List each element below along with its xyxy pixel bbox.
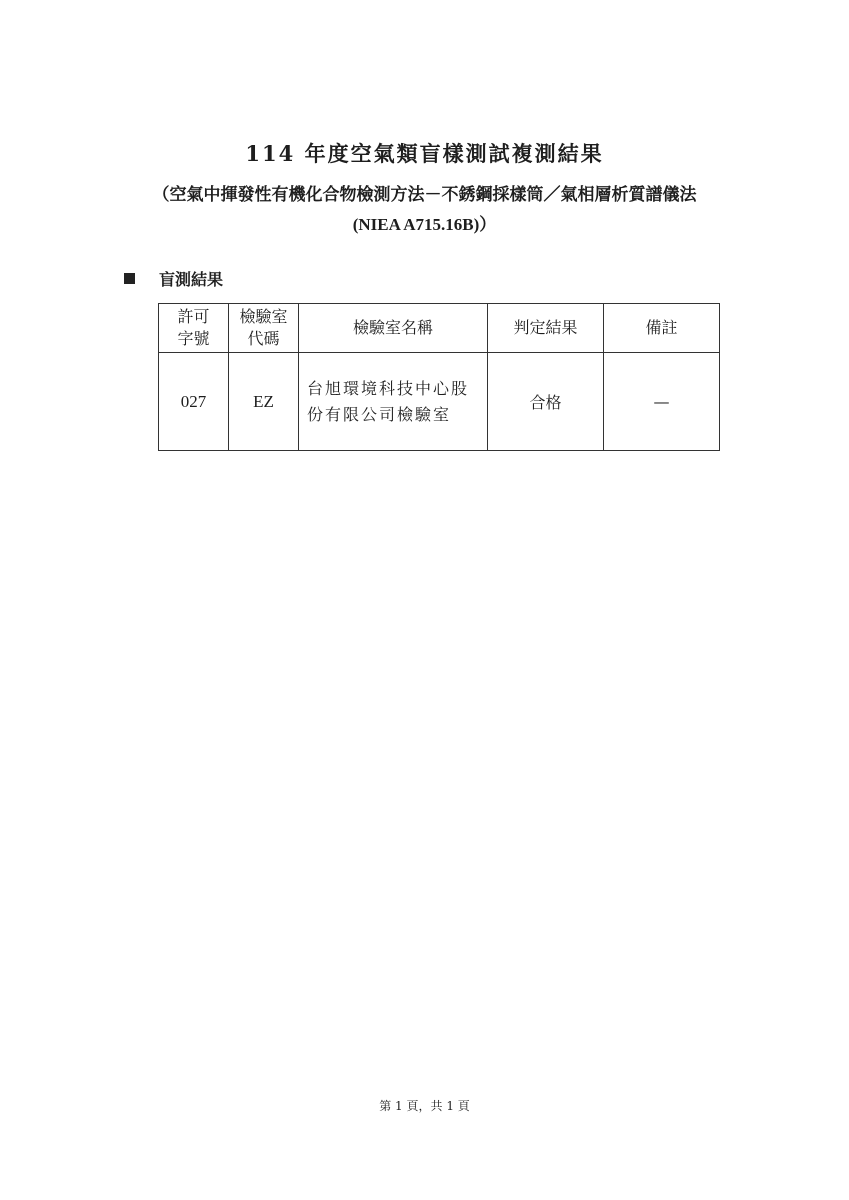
header-text: 代碼 [233,328,294,350]
lab-name-line-1: 台旭環境科技中心股 [307,376,483,402]
square-bullet-icon [124,273,135,284]
header-lab-code: 檢驗室 代碼 [229,304,299,353]
subtitle-line-2: (NIEA A715.16B)） [0,210,849,240]
results-table: 許可 字號 檢驗室 代碼 檢驗室名稱 判定結果 備註 027 EZ 台旭環境科技… [158,303,720,451]
section-heading-text: 盲測結果 [159,267,223,290]
document-subtitle: （空氣中揮發性有機化合物檢測方法－不銹鋼採樣筒／氣相層析質譜儀法 (NIEA A… [0,180,849,240]
cell-result: 合格 [488,353,604,451]
table-row: 027 EZ 台旭環境科技中心股 份有限公司檢驗室 合格 — [159,353,720,451]
lab-name-line-2: 份有限公司檢驗室 [307,402,483,428]
subtitle-line-1: （空氣中揮發性有機化合物檢測方法－不銹鋼採樣筒／氣相層析質譜儀法 [0,180,849,210]
section-heading: 盲測結果 [124,267,223,290]
cell-remarks: — [604,353,720,451]
header-text: 字號 [163,328,224,350]
header-text: 許可 [163,306,224,328]
page-footer: 第 1 頁，共 1 頁 [0,1097,849,1114]
table-header-row: 許可 字號 檢驗室 代碼 檢驗室名稱 判定結果 備註 [159,304,720,353]
header-permit-no: 許可 字號 [159,304,229,353]
document-title: 114 年度空氣類盲樣測試複測結果 [0,138,849,168]
cell-lab-code: EZ [229,353,299,451]
header-text: 檢驗室 [233,306,294,328]
cell-lab-name: 台旭環境科技中心股 份有限公司檢驗室 [299,353,488,451]
header-remarks: 備註 [604,304,720,353]
cell-permit-no: 027 [159,353,229,451]
header-lab-name: 檢驗室名稱 [299,304,488,353]
header-result: 判定結果 [488,304,604,353]
